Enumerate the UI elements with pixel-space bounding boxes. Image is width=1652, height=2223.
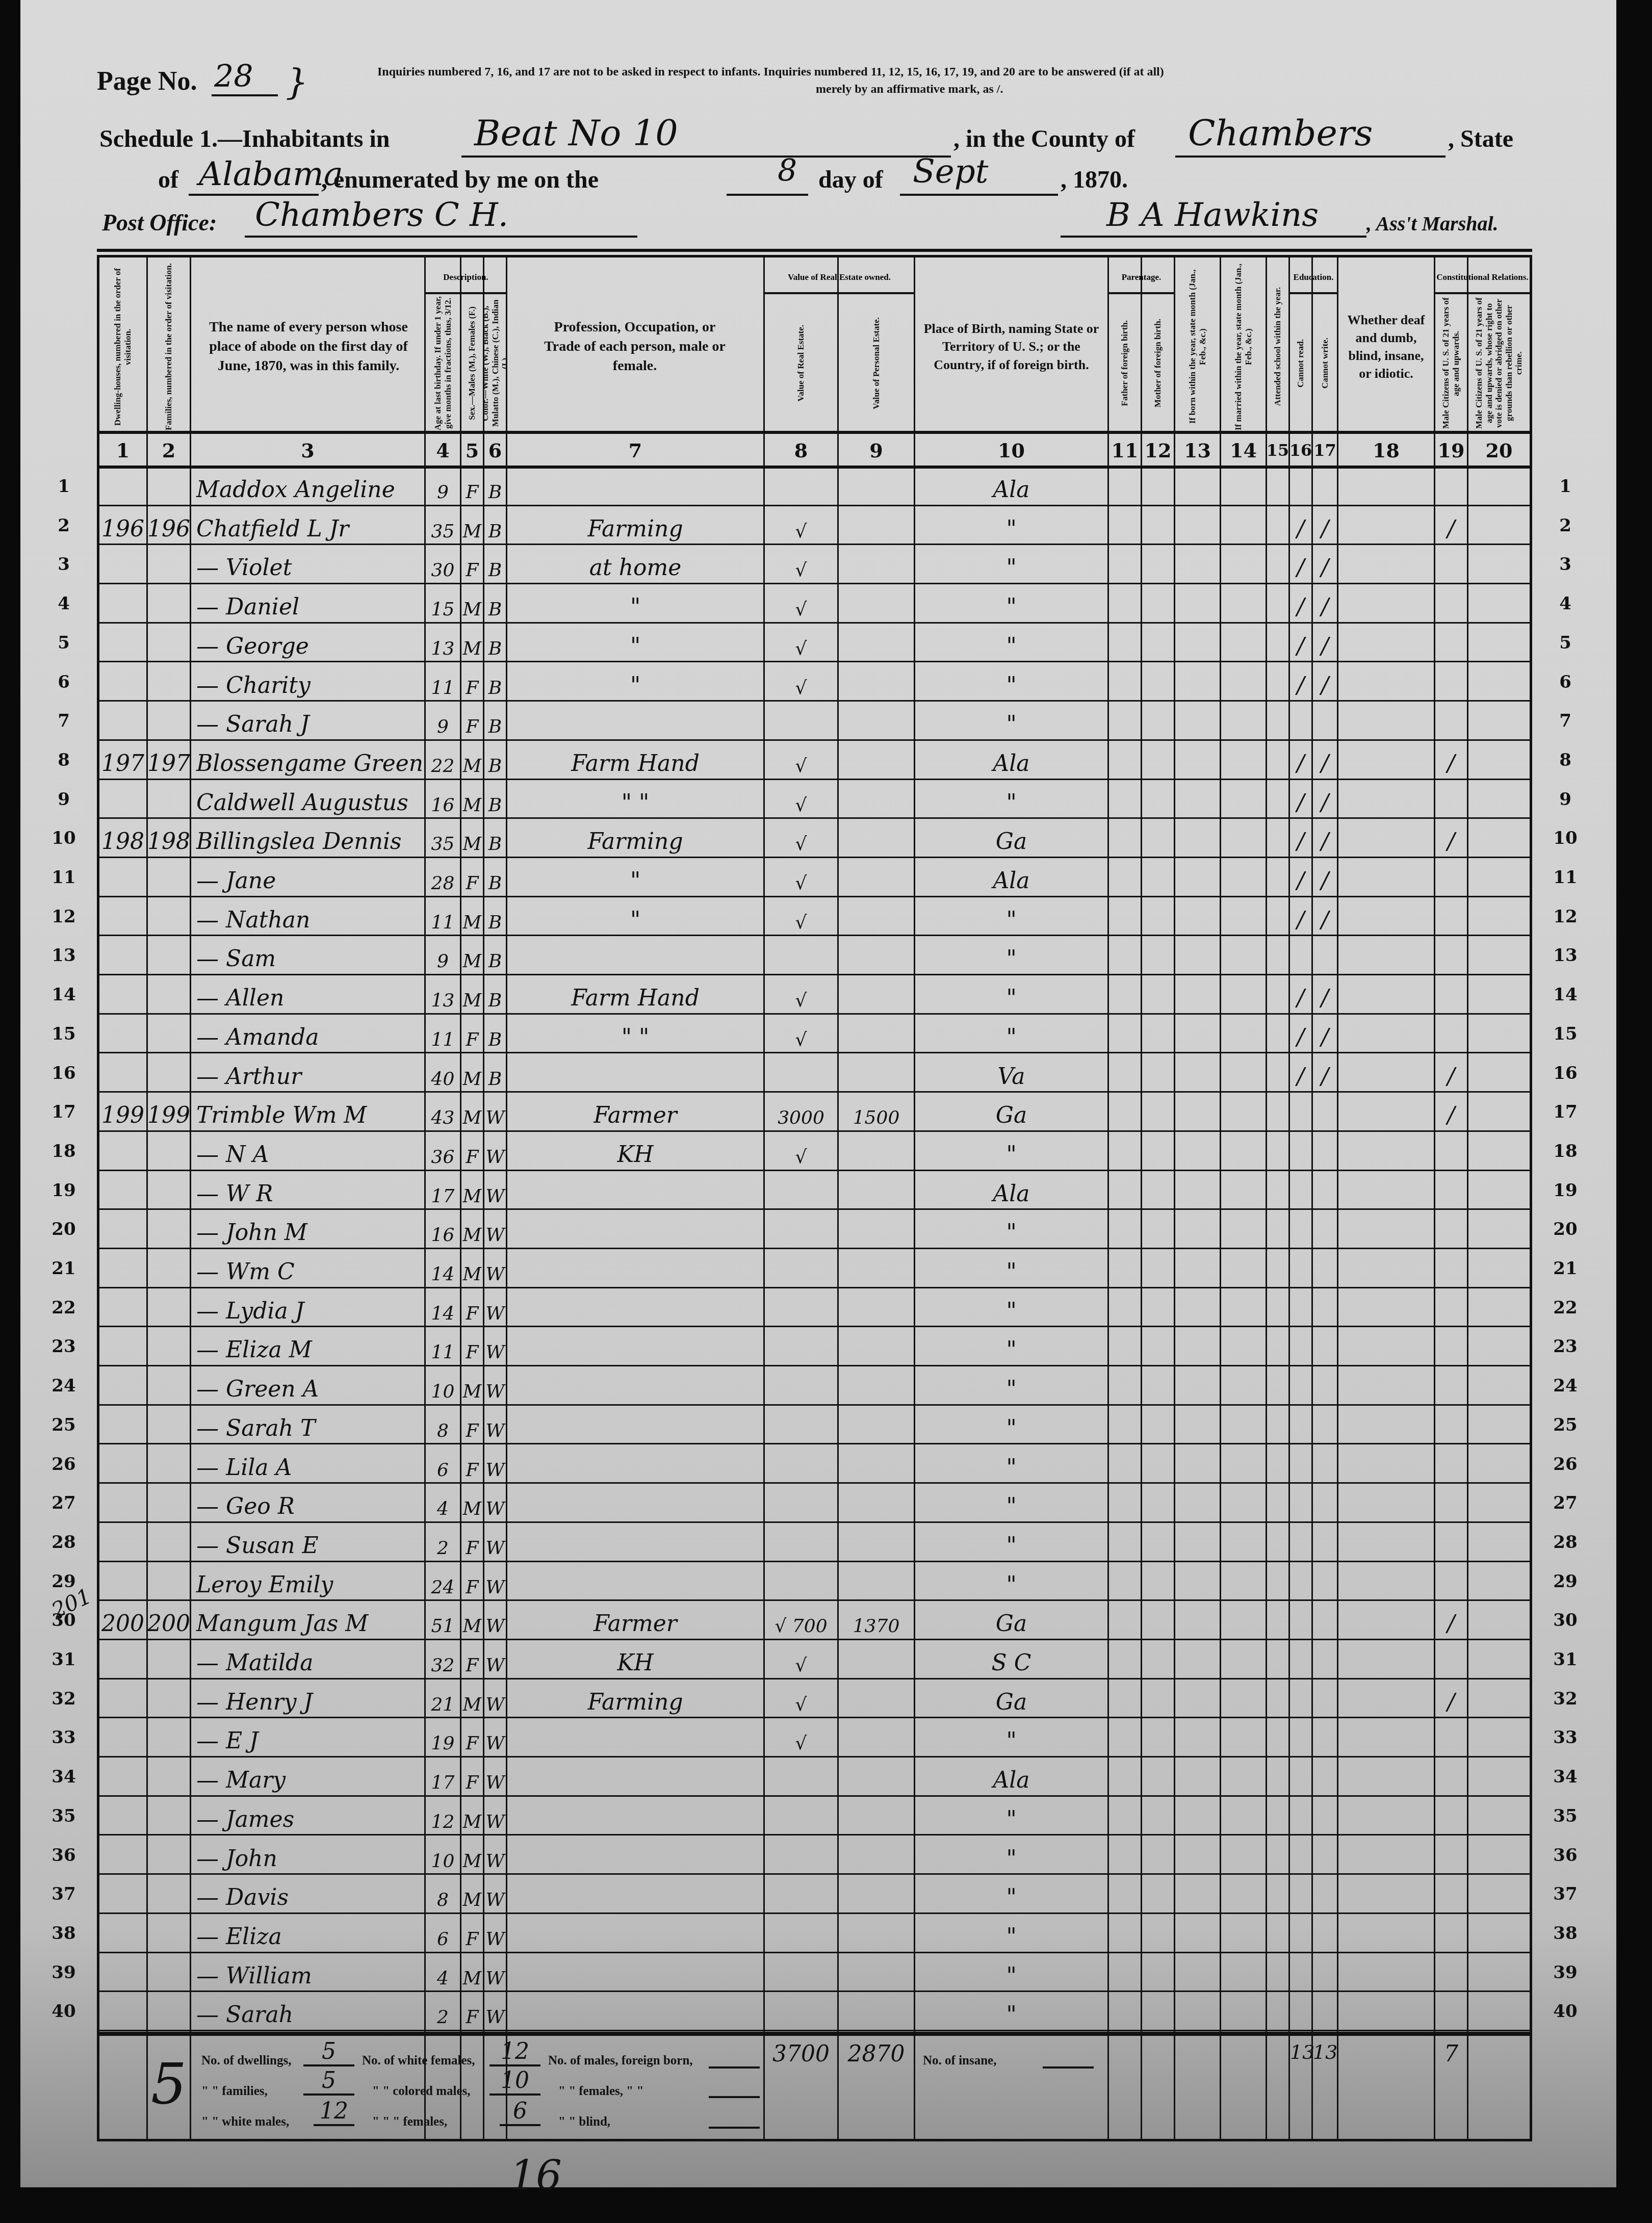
line-number-left: 8 [48,750,79,770]
line-number-left: 17 [48,1102,79,1122]
table-row: — Eliza6FW" [99,1915,1530,1953]
cell-sex: F [461,663,483,702]
col-num-19: 19 [1435,435,1467,466]
cell-color: W [484,1210,506,1249]
footer-note: 16 [510,2152,562,2199]
line-number-right: 35 [1550,1806,1581,1826]
cell-citizen [1435,468,1467,506]
line-number-left: 16 [48,1063,79,1083]
col-header-vote-denied: Male Citizens of U. S. of 21 years of ag… [1468,296,1530,431]
cell-occupation [507,1837,763,1875]
cell-personal-estate [839,859,914,897]
table-row: — Henry J21MWFarming√Ga/ [99,1680,1530,1718]
cell-age: 2 [426,1993,460,2031]
cell-write [1313,1915,1337,1953]
cell-name: — Green A [191,1367,424,1405]
cell-real-estate: √ [765,1132,837,1171]
table-row: — E J19FW√" [99,1719,1530,1757]
cell-sex: M [461,1601,483,1640]
line-number-left: 32 [48,1689,79,1709]
cell-name: — W R [191,1172,424,1210]
cell-occupation [507,1289,763,1327]
cell-age: 11 [426,663,460,702]
cell-personal-estate [839,1719,914,1757]
cell-real-estate [765,1837,837,1875]
cannot-read-total: 13 [1290,2041,1311,2063]
line-number-right: 18 [1550,1141,1581,1161]
line-number-left: 33 [48,1727,79,1748]
cell-color: W [484,1172,506,1210]
cell-citizen: / [1435,819,1467,858]
cell-occupation [507,702,763,740]
cell-family [148,702,190,740]
cell-family [148,1406,190,1444]
cell-dwelling [99,1523,146,1562]
cell-sex: M [461,1054,483,1093]
cell-real-estate [765,1328,837,1366]
table-row: 199199Trimble Wm M43MWFarmer30001500Ga/ [99,1093,1530,1131]
cell-family [148,937,190,975]
col-header-cannot-read: Cannot read. [1290,296,1311,431]
cell-name: — John M [191,1210,424,1249]
cell-real-estate: √ [765,819,837,858]
dwellings-label: No. of dwellings, [201,2054,291,2068]
table-row: — Geo R4MW" [99,1484,1530,1522]
cell-read [1290,1328,1311,1366]
colored-males-label: " " colored males, [372,2084,471,2099]
col-num-2: 2 [148,435,190,466]
cell-birthplace: " [915,546,1107,584]
line-number-right: 10 [1550,828,1581,848]
cell-occupation [507,1210,763,1249]
cell-sex: M [461,585,483,623]
col-header-occupation: Profession, Occupation, or Trade of each… [507,263,762,431]
cell-sex: M [461,1837,483,1875]
cannot-write-total: 13 [1313,2041,1337,2063]
cell-family [148,859,190,897]
cell-family [148,1328,190,1366]
cell-sex: M [461,741,483,780]
cell-citizen [1435,663,1467,702]
cell-dwelling [99,1719,146,1757]
cell-birthplace: Va [915,1054,1107,1093]
cell-citizen [1435,1210,1467,1249]
cell-family [148,1289,190,1327]
cell-occupation [507,1406,763,1444]
cell-color: B [484,1015,506,1053]
cell-read [1290,1172,1311,1210]
line-number-right: 27 [1550,1493,1581,1513]
cell-occupation: Farming [507,507,763,545]
line-number-left: 4 [48,593,79,614]
cell-age: 17 [426,1172,460,1210]
cell-citizen [1435,859,1467,897]
cell-age: 2 [426,1523,460,1562]
real-estate-total: 3700 [765,2041,837,2067]
cell-color: W [484,1758,506,1796]
cell-name: — James [191,1797,424,1836]
cell-name: — Sarah J [191,702,424,740]
cell-color: W [484,1719,506,1757]
cell-citizen [1435,546,1467,584]
cell-write [1313,1601,1337,1640]
cell-dwelling [99,1172,146,1210]
cell-age: 30 [426,546,460,584]
cell-sex: M [461,624,483,662]
cell-family [148,1563,190,1601]
cell-occupation: " [507,585,763,623]
cell-color: B [484,1054,506,1093]
cell-read [1290,1680,1311,1718]
cell-write [1313,1837,1337,1875]
cell-dwelling [99,1132,146,1171]
cell-occupation: " [507,898,763,936]
cell-real-estate [765,1993,837,2031]
cell-write: / [1313,781,1337,819]
cell-read [1290,1954,1311,1992]
cell-family [148,624,190,662]
cell-family [148,1680,190,1718]
cell-occupation: Farming [507,1680,763,1718]
cell-dwelling [99,1250,146,1288]
cell-citizen [1435,624,1467,662]
cell-birthplace: Ala [915,1758,1107,1796]
census-table: Dwelling-houses, numbered in the order o… [97,255,1532,2141]
cell-read [1290,1445,1311,1484]
cell-family [148,1993,190,2031]
cell-family [148,1641,190,1679]
cell-birthplace: Ala [915,741,1107,780]
line-number-left: 37 [48,1884,79,1904]
line-number-left: 6 [48,672,79,692]
cell-family [148,781,190,819]
cell-read [1290,1601,1311,1640]
line-number-left: 28 [48,1532,79,1553]
line-number-right: 19 [1550,1180,1581,1201]
year-label: , 1870. [1061,166,1128,194]
marshal-label: , Ass't Marshal. [1366,212,1499,236]
cell-age: 35 [426,819,460,858]
cell-read [1290,702,1311,740]
cell-real-estate [765,1797,837,1836]
cell-read [1290,1250,1311,1288]
cell-age: 28 [426,859,460,897]
cell-color: B [484,663,506,702]
cell-personal-estate [839,1172,914,1210]
cell-citizen [1435,1797,1467,1836]
cell-dwelling: 199 [99,1093,146,1131]
col-num-1: 1 [99,435,146,466]
table-row: — Sarah T8FW" [99,1406,1530,1444]
white-females-value: 12 [489,2038,540,2066]
cell-citizen: / [1435,1680,1467,1718]
line-number-left: 18 [48,1141,79,1161]
line-number-right: 31 [1550,1649,1581,1670]
cell-real-estate [765,1563,837,1601]
month-value: Sept [913,153,988,191]
cell-dwelling [99,781,146,819]
group-header-description: Description. [426,263,506,294]
marshal-signature: B A Hawkins [1106,196,1319,234]
line-number-left: 25 [48,1415,79,1435]
cell-name: — N A [191,1132,424,1171]
cell-write: / [1313,819,1337,858]
cell-write: / [1313,1015,1337,1053]
cell-birthplace: " [915,1993,1107,2031]
insane-value [1043,2046,1094,2069]
page-label: Page No. [97,66,197,96]
table-row: — Davis8MW" [99,1875,1530,1914]
table-row: — Sam9MB" [99,937,1530,975]
cell-sex: F [461,1915,483,1953]
cell-dwelling [99,1328,146,1366]
cell-family [148,663,190,702]
cell-birthplace: " [915,898,1107,936]
colored-males-value: 10 [489,2067,540,2096]
cell-dwelling [99,1445,146,1484]
cell-personal-estate [839,702,914,740]
line-number-left: 39 [48,1962,79,1983]
cell-occupation [507,1954,763,1992]
cell-occupation [507,1172,763,1210]
table-row: — John M16MW" [99,1210,1530,1249]
cell-dwelling [99,1367,146,1405]
cell-read: / [1290,585,1311,623]
col-header-married-within-year: If married within the year, state month … [1221,263,1266,431]
line-number-left: 20 [48,1219,79,1239]
foreign-males-label: No. of males, foreign born, [548,2054,693,2068]
cell-write [1313,1523,1337,1562]
cell-occupation: " [507,663,763,702]
cell-real-estate [765,1875,837,1914]
col-header-male-citizens: Male Citizens of U. S. of 21 years of ag… [1435,296,1467,431]
line-number-left: 3 [48,554,79,575]
cell-real-estate [765,937,837,975]
cell-family: 199 [148,1093,190,1131]
cell-birthplace: Ala [915,859,1107,897]
cell-birthplace: Ala [915,468,1107,506]
cell-age: 35 [426,507,460,545]
table-row: — Eliza M11FW" [99,1328,1530,1366]
cell-family [148,1719,190,1757]
col-header-real-estate: Value of Real Estate. [765,296,837,431]
table-row: — Amanda11FB" "√"// [99,1015,1530,1053]
cell-birthplace: " [915,1563,1107,1601]
cell-read: / [1290,819,1311,858]
col-num-17: 17 [1313,435,1337,466]
cell-family: 198 [148,819,190,858]
line-number-right: 7 [1550,711,1581,731]
cell-age: 32 [426,1641,460,1679]
line-number-right: 6 [1550,672,1581,692]
cell-write [1313,1289,1337,1327]
cell-birthplace: " [915,937,1107,975]
cell-occupation [507,1758,763,1796]
table-row: — Daniel15MB"√"// [99,585,1530,623]
cell-dwelling: 200 [99,1601,146,1640]
brace-icon: } [286,61,308,103]
cell-citizen [1435,1719,1467,1757]
cell-personal-estate [839,819,914,858]
table-row: — W R17MWAla [99,1172,1530,1210]
cell-occupation [507,1915,763,1953]
cell-personal-estate [839,1993,914,2031]
cell-sex: M [461,1680,483,1718]
cell-name: — Henry J [191,1680,424,1718]
county-value: Chambers [1188,112,1373,154]
cell-real-estate [765,1210,837,1249]
cell-color: W [484,1797,506,1836]
line-number-left: 31 [48,1649,79,1670]
group-header-parentage: Parentage. [1109,263,1174,294]
cell-occupation [507,1445,763,1484]
cell-write: / [1313,585,1337,623]
cell-color: W [484,1250,506,1288]
cell-personal-estate [839,1954,914,1992]
cell-citizen [1435,1250,1467,1288]
line-number-left: 1 [48,476,79,497]
cell-citizen [1435,1993,1467,2031]
instructions-line-1: Inquiries numbered 7, 16, and 17 are not… [377,65,1540,79]
cell-write [1313,1641,1337,1679]
cell-real-estate [765,1367,837,1405]
cell-real-estate [765,1523,837,1562]
cell-age: 36 [426,1132,460,1171]
table-row: 198198Billingslea Dennis35MBFarming√Ga//… [99,819,1530,858]
line-number-right: 25 [1550,1415,1581,1435]
col-header-attended-school: Attended school within the year. [1267,263,1288,431]
cell-family [148,976,190,1014]
cell-family [148,1837,190,1875]
cell-real-estate: √ [765,546,837,584]
cell-age: 10 [426,1367,460,1405]
cell-family [148,1758,190,1796]
cell-write [1313,1093,1337,1131]
cell-family [148,546,190,584]
line-number-left: 40 [48,2001,79,2022]
cell-age: 51 [426,1601,460,1640]
group-header-real-estate: Value of Real Estate owned. [765,263,914,294]
cell-citizen [1435,937,1467,975]
line-number-right: 5 [1550,633,1581,653]
cell-sex: M [461,1484,483,1522]
cell-color: W [484,1954,506,1992]
cell-personal-estate [839,1875,914,1914]
cell-name: — Eliza M [191,1328,424,1366]
cell-personal-estate [839,1328,914,1366]
cell-write: / [1313,1054,1337,1093]
cell-name: — Mary [191,1758,424,1796]
cell-citizen [1435,1445,1467,1484]
line-number-right: 15 [1550,1024,1581,1044]
col-header-mother-foreign: Mother of foreign birth. [1142,296,1174,431]
line-number-right: 22 [1550,1298,1581,1318]
cell-birthplace: " [915,1015,1107,1053]
cell-occupation: Farmer [507,1601,763,1640]
cell-family: 197 [148,741,190,780]
cell-name: — John [191,1837,424,1875]
col-num-20: 20 [1468,435,1530,466]
cell-personal-estate [839,937,914,975]
line-number-right: 26 [1550,1454,1581,1475]
cell-write [1313,468,1337,506]
cell-read [1290,1837,1311,1875]
cell-citizen [1435,898,1467,936]
table-row: 196196Chatfield L Jr35MBFarming√"/// [99,507,1530,545]
table-row: Leroy Emily24FW" [99,1563,1530,1601]
cell-family: 200 [148,1601,190,1640]
cell-personal-estate [839,1484,914,1522]
cell-read: / [1290,1054,1311,1093]
cell-real-estate: 3000 [765,1093,837,1131]
line-number-right: 3 [1550,554,1581,575]
cell-read: / [1290,546,1311,584]
table-row: Maddox Angeline9FBAla [99,468,1530,506]
cell-birthplace: " [915,1445,1107,1484]
line-number-left: 38 [48,1923,79,1944]
post-office-label: Post Office: [102,209,217,236]
cell-write [1313,1719,1337,1757]
line-number-right: 37 [1550,1884,1581,1904]
cell-birthplace: " [915,1837,1107,1875]
cell-write [1313,1250,1337,1288]
col-header-sex: Sex.—Males (M.), Females (F.) [461,296,483,431]
cell-age: 9 [426,468,460,506]
cell-real-estate [765,1758,837,1796]
col-num-11: 11 [1109,435,1141,466]
cell-family [148,1132,190,1171]
cell-read [1290,1915,1311,1953]
cell-name: Trimble Wm M [191,1093,424,1131]
col-num-16: 16 [1290,435,1311,466]
cell-dwelling [99,585,146,623]
cell-dwelling [99,1210,146,1249]
cell-name: — William [191,1954,424,1992]
cell-real-estate [765,1484,837,1522]
cell-occupation [507,1367,763,1405]
cell-occupation [507,1875,763,1914]
cell-sex: M [461,898,483,936]
cell-color: W [484,1445,506,1484]
cell-read [1290,1132,1311,1171]
cell-name: Billingslea Dennis [191,819,424,858]
cell-occupation: Farm Hand [507,741,763,780]
cell-read [1290,1797,1311,1836]
cell-personal-estate [839,468,914,506]
line-number-left: 14 [48,985,79,1005]
cell-personal-estate [839,1367,914,1405]
cell-color: W [484,1680,506,1718]
cell-dwelling [99,937,146,975]
cell-write: / [1313,976,1337,1014]
cell-family [148,1797,190,1836]
cell-birthplace: Ala [915,1172,1107,1210]
line-number-right: 16 [1550,1063,1581,1083]
place-value: Beat No 10 [474,112,678,154]
line-number-right: 36 [1550,1845,1581,1866]
table-top-rule [97,249,1532,252]
cell-sex: M [461,1875,483,1914]
cell-write [1313,1132,1337,1171]
cell-color: W [484,1367,506,1405]
cell-occupation: Farm Hand [507,976,763,1014]
cell-occupation [507,1993,763,2031]
cell-name: — Sarah [191,1993,424,2031]
cell-write [1313,702,1337,740]
cell-real-estate: √ [765,663,837,702]
cell-citizen [1435,702,1467,740]
cell-personal-estate [839,1523,914,1562]
